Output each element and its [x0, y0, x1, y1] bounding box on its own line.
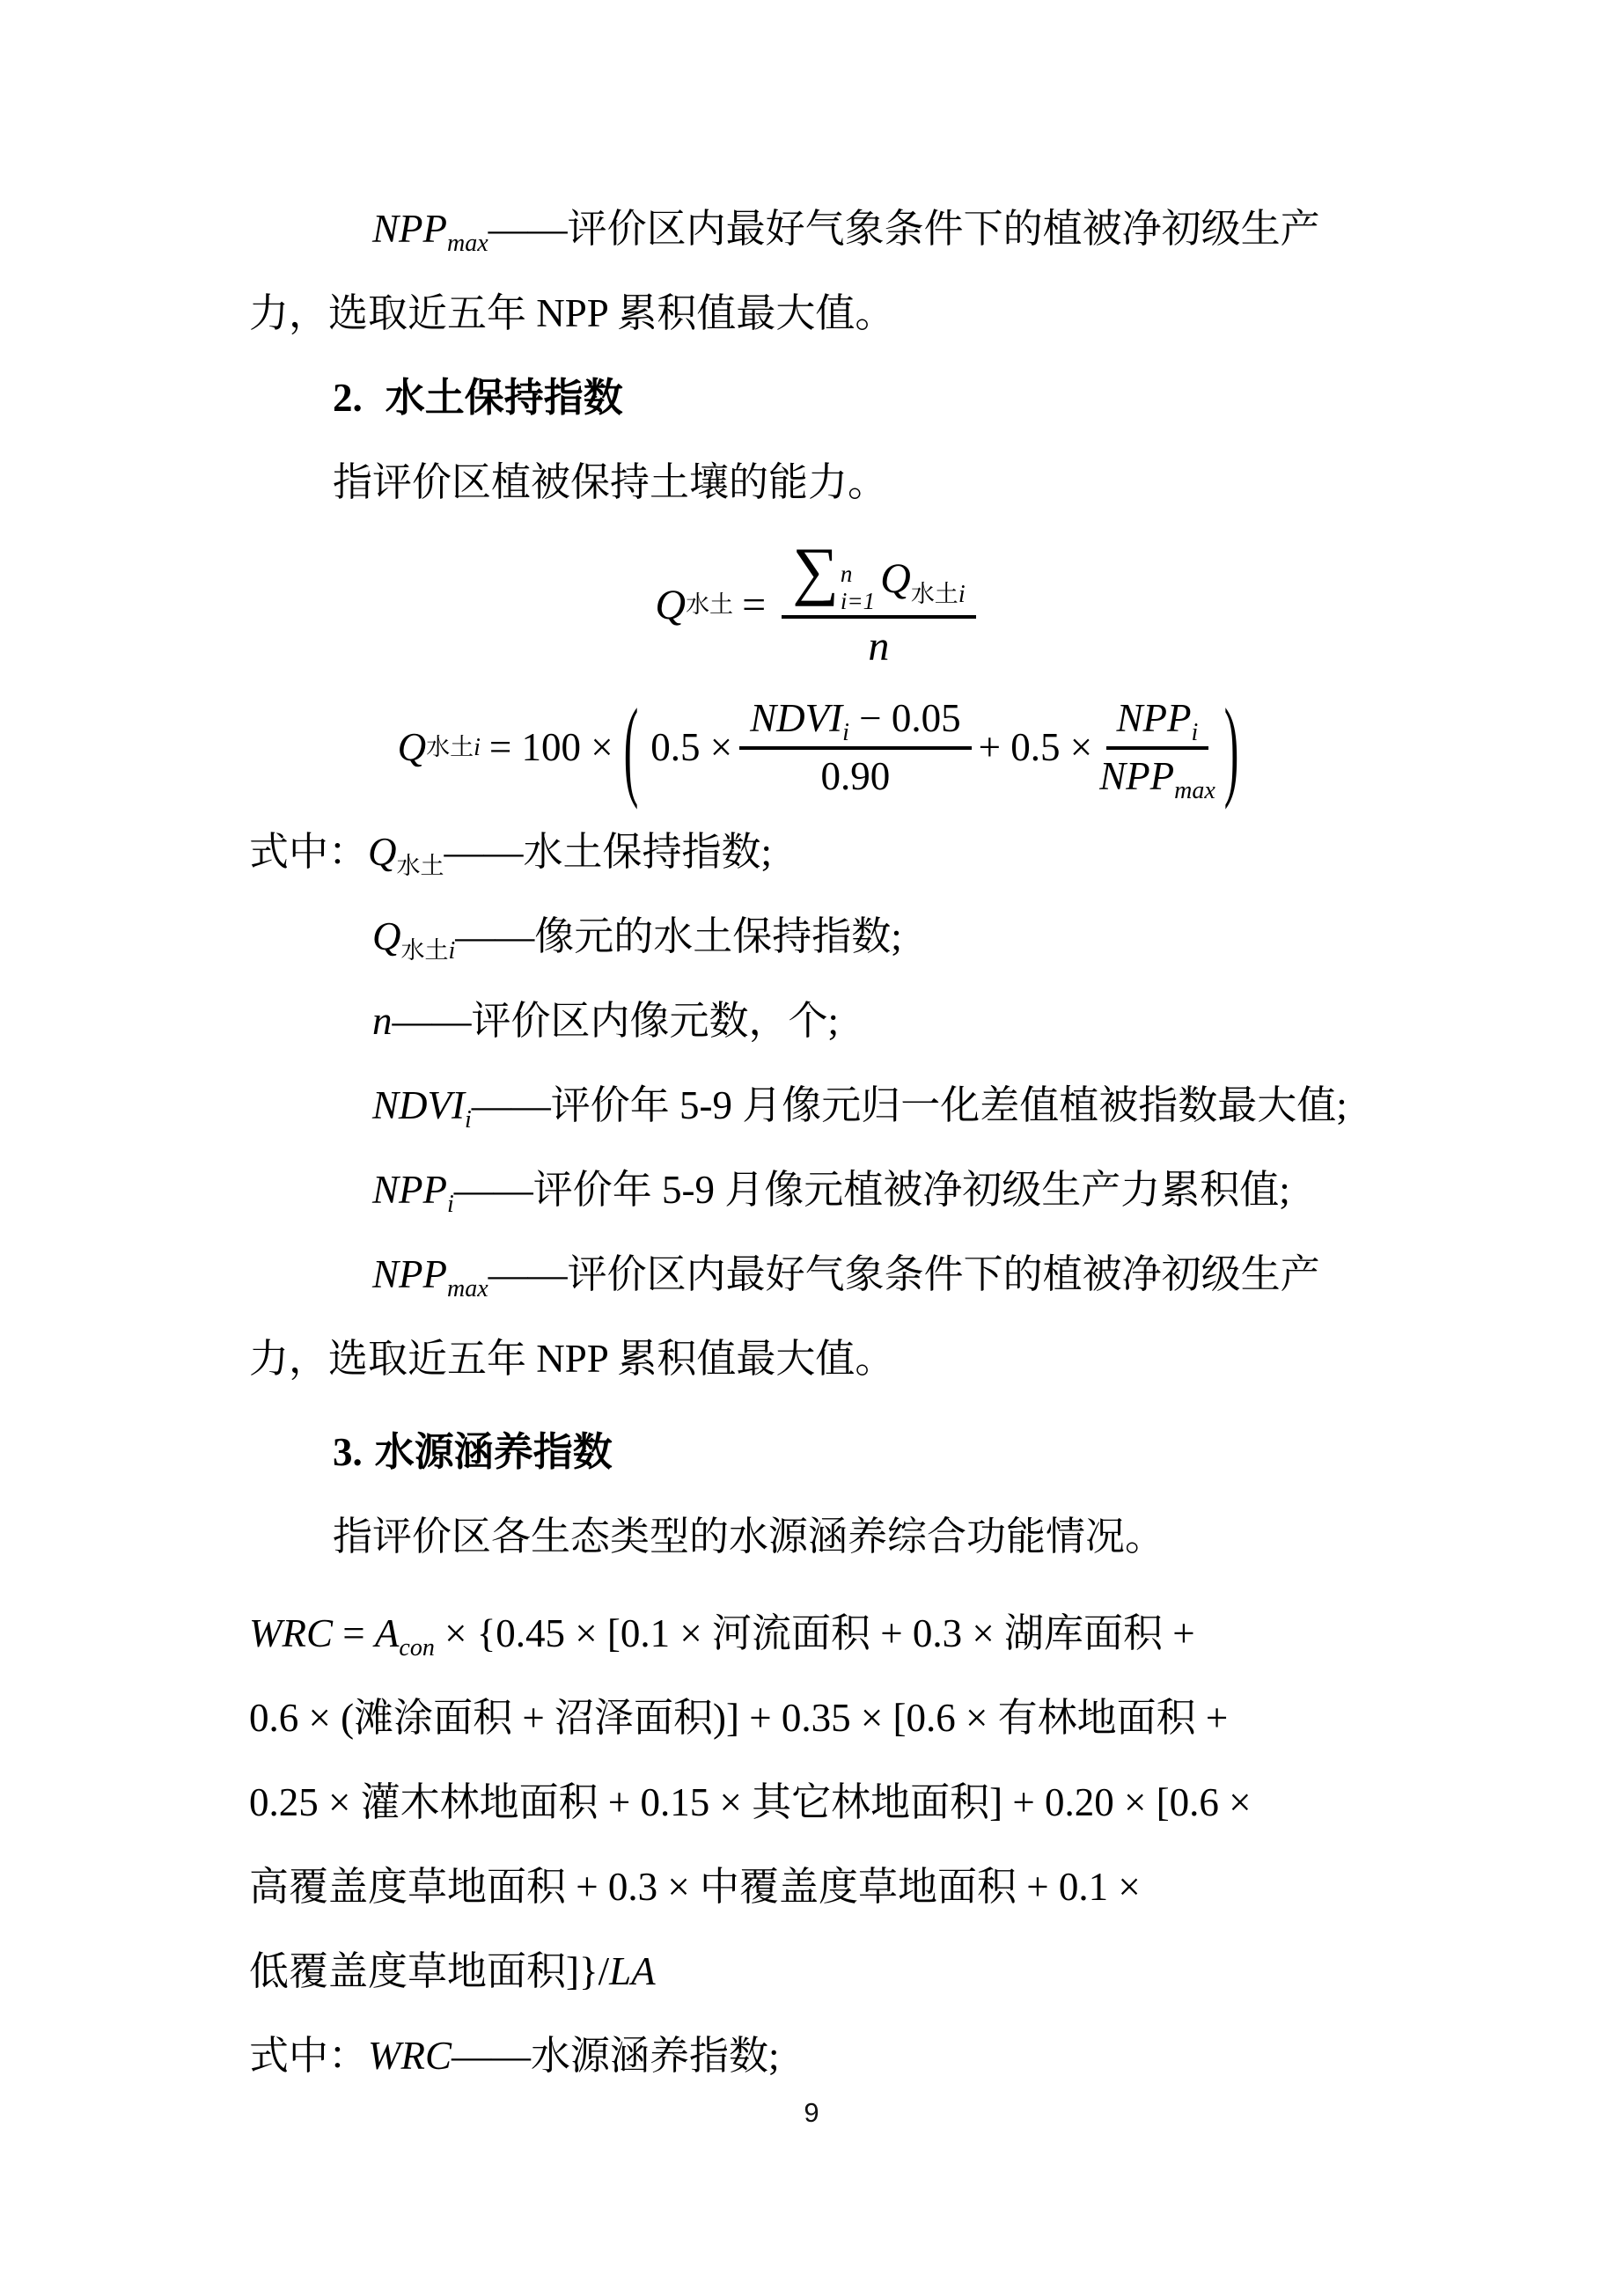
formula-wrc-line5: 低覆盖度草地面积]}/LA — [249, 1929, 1389, 2014]
f1-fraction: ∑ni=1Q水土i n — [782, 539, 975, 671]
nppmax-def-text: ——评价区内最好气象条件下的植被净初级生产 — [488, 207, 1320, 251]
f1-equals: = — [742, 581, 766, 629]
section3-title: 水源涵养指数 — [375, 1430, 613, 1474]
para-nppmax-tail-line2: 力，选取近五年 NPP 累积值最大值。 — [249, 271, 1389, 356]
section3-number: 3. — [333, 1430, 363, 1474]
formula-soil-conservation-mean: Q水土 = ∑ni=1Q水土i n — [249, 524, 1389, 685]
close-paren: ) — [1223, 691, 1241, 803]
section2-intro: 指评价区植被保持土壤的能力。 — [249, 440, 1389, 524]
f1-numerator: ∑ni=1Q水土i — [782, 539, 975, 619]
formula-wrc-line1: WRC = Acon × {0.45 × [0.1 × 河流面积 + 0.3 ×… — [249, 1591, 1389, 1676]
f1-num-var: Q — [880, 555, 911, 602]
section3-intro: 指评价区各生态类型的水源涵养综合功能情况。 — [249, 1494, 1389, 1579]
def1-item6-line1: NPPmax——评价区内最好气象条件下的植被净初级生产 — [249, 1232, 1389, 1317]
def1-item5: NPPi——评价年 5-9 月像元植被净初级生产力累积值; — [249, 1148, 1389, 1232]
section2-number: 2. — [333, 376, 363, 420]
f1-num-sub: 水土i — [911, 581, 966, 608]
sigma-limits: ni=1 — [841, 561, 875, 615]
def1-item1: 式中：Q水土——水土保持指数; — [249, 810, 1389, 894]
f2-frac1-num: NDVIi − 0.05 — [739, 695, 971, 750]
section3-heading: 3.水源涵养指数 — [249, 1410, 1389, 1494]
section2-heading: 2.水土保持指数 — [249, 356, 1389, 440]
formula-wrc-line4: 高覆盖度草地面积 + 0.3 × 中覆盖度草地面积 + 0.1 × — [249, 1845, 1389, 1929]
f2-equals: = 100 × — [489, 724, 613, 770]
formula-soil-conservation-pixel: Q水土i = 100 × ( 0.5 × NDVIi − 0.05 0.90 +… — [249, 685, 1389, 810]
nppmax-sub: max — [447, 230, 488, 257]
f2-frac2-den: NPPmax — [1099, 750, 1215, 799]
f2-plus-term: + 0.5 × — [979, 724, 1093, 770]
f2-frac2-num: NPPi — [1106, 695, 1209, 750]
def-label: 式中： — [249, 830, 368, 874]
def2-item1: 式中：WRC——水源涵养指数; — [249, 2014, 1389, 2098]
f1-lhs-sub: 水土 — [686, 605, 733, 605]
f2-lhs-sub: 水土i — [426, 747, 481, 748]
formula-wrc-line2: 0.6 × (滩涂面积 + 沼泽面积)] + 0.35 × [0.6 × 有林地… — [249, 1676, 1389, 1760]
document-body: NPPmax——评价区内最好气象条件下的植被净初级生产 力，选取近五年 NPP … — [249, 187, 1389, 2098]
f2-fraction1: NDVIi − 0.05 0.90 — [739, 695, 971, 799]
sigma-symbol: ∑ — [792, 535, 839, 607]
def2-label: 式中： — [249, 2034, 368, 2078]
f2-lhs-var: Q — [398, 724, 427, 770]
f1-lhs-var: Q — [655, 581, 686, 629]
f2-fraction2: NPPi NPPmax — [1099, 695, 1215, 799]
open-paren: ( — [622, 691, 641, 803]
para-nppmax-tail-line1: NPPmax——评价区内最好气象条件下的植被净初级生产 — [249, 187, 1389, 271]
def1-item3: n——评价区内像元数，个; — [249, 979, 1389, 1063]
page-number: 9 — [0, 2097, 1623, 2129]
def1-item2: Q水土i——像元的水土保持指数; — [249, 894, 1389, 979]
section2-title: 水土保持指数 — [386, 376, 623, 420]
def1-item6-line2: 力，选取近五年 NPP 累积值最大值。 — [249, 1317, 1389, 1401]
def1-item4: NDVIi——评价年 5-9 月像元归一化差值植被指数最大值; — [249, 1063, 1389, 1148]
f2-coef1: 0.5 × — [650, 724, 732, 770]
formula-wrc-line3: 0.25 × 灌木林地面积 + 0.15 × 其它林地面积] + 0.20 × … — [249, 1760, 1389, 1845]
f1-denominator: n — [868, 619, 889, 671]
f2-frac1-den: 0.90 — [821, 750, 891, 799]
nppmax-var: NPP — [372, 207, 447, 251]
